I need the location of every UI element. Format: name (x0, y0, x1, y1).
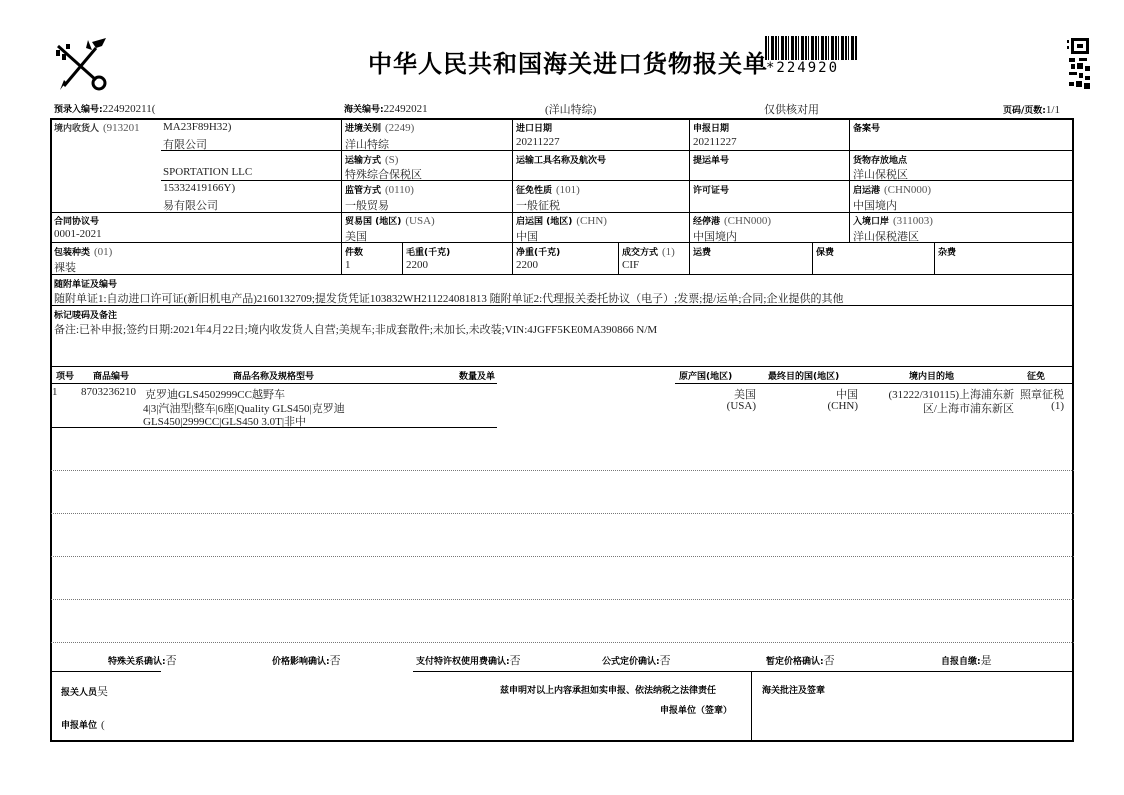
confirm-label: 支付特许权使用费确认: (416, 657, 510, 667)
confirm-label: 价格影响确认: (272, 657, 330, 667)
attachments-value: 随附单证1:自动进口许可证(新旧机电产品)2160132709;提发货凭证103… (54, 290, 843, 306)
confirm-value: 是 (981, 655, 992, 667)
supervision-code: (0110) (385, 184, 414, 196)
goods-header-final-dest: 最终目的国(地区) (768, 369, 839, 382)
confirm-self-declare: 自报自缴:是 (941, 652, 992, 668)
customs-emblem-icon (52, 36, 112, 94)
transport-mode-label: 运输方式 (345, 156, 381, 166)
deal-mode-field: 成交方式(1) (622, 245, 675, 258)
net-weight-label: 净重(千克) (516, 245, 560, 258)
consignee-code-tail: MA23F89H32) (163, 121, 231, 133)
customs-office-note: (洋山特综) (545, 101, 596, 117)
bill-no-label: 提运单号 (693, 153, 729, 166)
deal-mode-value: CIF (622, 259, 639, 271)
consignee-name: 有限公司 (163, 136, 207, 152)
transport-mode-code: (S) (385, 154, 398, 166)
transit-port-value: 中国境内 (693, 228, 737, 244)
confirm-value: 否 (166, 655, 177, 667)
page-indicator: 页码/页数:1/1 (1003, 103, 1060, 116)
entry-place-value: 洋山保税港区 (853, 228, 919, 244)
supervision-field: 监管方式(0110) (345, 183, 414, 196)
departure-port-value: 中国境内 (853, 197, 897, 213)
transit-port-label: 经停港 (693, 217, 720, 227)
declare-date-value: 20211227 (693, 136, 737, 148)
trade-country-field: 贸易国 (地区)(USA) (345, 214, 435, 227)
import-date-value: 20211227 (516, 136, 560, 148)
barcode (765, 36, 857, 60)
freight-label: 运费 (693, 245, 711, 258)
consumer-name: 易有限公司 (163, 197, 218, 213)
remarks-label: 标记唛码及备注 (54, 308, 117, 321)
levy-nature-value: 一般征税 (516, 197, 560, 213)
levy-nature-label: 征免性质 (516, 186, 552, 196)
qr-code-icon (1067, 38, 1091, 90)
departure-port-code: (CHN000) (884, 184, 931, 196)
goods-header-origin: 原产国(地区) (679, 369, 732, 382)
goods-origin-code: (USA) (720, 400, 756, 412)
confirm-price-impact: 价格影响确认:否 (272, 652, 341, 668)
levy-nature-field: 征免性质(101) (516, 183, 580, 196)
pieces-value: 1 (345, 259, 351, 271)
goods-header-hs-code: 商品编号 (93, 369, 129, 382)
goods-header-name-spec: 商品名称及规格型号 (233, 369, 314, 382)
goods-final-dest-code: (CHN) (820, 400, 858, 412)
origin-country-value: 中国 (516, 228, 538, 244)
goods-header-qty-unit: 数量及单 (459, 369, 495, 382)
net-weight-value: 2200 (516, 259, 538, 271)
consumer-code: 15332419166Y) (163, 182, 235, 194)
verify-note: 仅供核对用 (764, 101, 819, 117)
storage-label: 货物存放地点 (853, 153, 907, 166)
document-title: 中华人民共和国海关进口货物报关单 (368, 44, 768, 79)
entry-port-label: 进境关别 (345, 124, 381, 134)
customs-number-label: 海关编号: (344, 105, 384, 115)
origin-country-label: 启运国 (地区) (516, 217, 572, 227)
consignee-label: 境内收货人(913201 (54, 121, 140, 134)
entry-port-code: (2249) (385, 122, 414, 134)
storage-value: 洋山保税区 (853, 166, 908, 182)
declaration-statement: 兹申明对以上内容承担如实申报、依法纳税之法律责任 (500, 683, 716, 696)
remarks-value: 备注:已补申报;签约日期:2021年4月22日;境内收发货人自营;美规车;非成套… (54, 321, 657, 337)
supervision-value: 一般贸易 (345, 197, 389, 213)
pieces-label: 件数 (345, 245, 363, 258)
departure-port-label: 启运港 (853, 186, 880, 196)
insurance-label: 保费 (816, 245, 834, 258)
pre-entry-value: 224920211( (103, 103, 156, 115)
goods-item-no: 1 (52, 386, 58, 398)
goods-hs-code: 8703236210 (81, 386, 136, 398)
confirm-value: 否 (330, 655, 341, 667)
goods-levy-code: (1) (1016, 400, 1064, 412)
record-no-label: 备案号 (853, 121, 880, 134)
declare-unit-label: 申报单位 (61, 721, 97, 731)
goods-header-item-no: 项号 (56, 369, 74, 382)
origin-country-field: 启运国 (地区)(CHN) (516, 214, 607, 227)
consignor-name: SPORTATION LLC (163, 166, 252, 178)
attachments-label: 随附单证及编号 (54, 277, 117, 290)
goods-header-domestic-dest: 境内目的地 (909, 369, 954, 382)
declare-unit-value: ( (101, 719, 105, 731)
page-label: 页码/页数: (1003, 106, 1046, 116)
declarant-label: 报关人员 (61, 688, 97, 698)
confirm-provisional-price: 暂定价格确认:否 (766, 652, 835, 668)
origin-country-code: (CHN) (576, 215, 607, 227)
confirm-formula-pricing: 公式定价确认:否 (602, 652, 671, 668)
confirm-royalty: 支付特许权使用费确认:否 (416, 652, 521, 668)
transport-mode-field: 运输方式(S) (345, 153, 398, 166)
package-type-value: 裸装 (54, 259, 76, 275)
goods-header-levy: 征免 (1027, 369, 1045, 382)
entry-port-value: 洋山特综 (345, 136, 389, 152)
confirm-value: 否 (510, 655, 521, 667)
barcode-number: *224920 (766, 60, 839, 76)
entry-place-label: 入境口岸 (853, 217, 889, 227)
confirm-special-relation: 特殊关系确认:否 (108, 652, 177, 668)
deal-mode-code: (1) (662, 246, 675, 258)
trade-country-label: 贸易国 (地区) (345, 217, 401, 227)
consignee-label-text: 境内收货人 (54, 124, 99, 134)
confirm-label: 自报自缴: (941, 657, 981, 667)
confirm-label: 暂定价格确认: (766, 657, 824, 667)
declarant-field: 报关人员吴 (61, 683, 108, 699)
gross-weight-value: 2200 (406, 259, 428, 271)
customs-number: 海关编号:22492021 (344, 102, 428, 115)
contract-no-label: 合同协议号 (54, 214, 99, 227)
pre-entry-number: 预录入编号:224920211( (54, 102, 155, 115)
license-no-label: 许可证号 (693, 183, 729, 196)
package-type-code: (01) (94, 246, 112, 258)
package-type-field: 包装种类(01) (54, 245, 112, 258)
goods-domestic-dest-line2: 区/上海市浦东新区 (870, 400, 1014, 416)
customs-approval: 海关批注及签章 (762, 683, 825, 696)
trade-country-value: 美国 (345, 228, 367, 244)
entry-port-field: 进境关别(2249) (345, 121, 414, 134)
goods-spec-line2: GLS450|2999CC|GLS450 3.0T|非中 (143, 413, 306, 429)
gross-weight-label: 毛重(千克) (406, 245, 450, 258)
pre-entry-label: 预录入编号: (54, 105, 103, 115)
levy-nature-code: (101) (556, 184, 580, 196)
entry-place-field: 入境口岸(311003) (853, 214, 933, 227)
declare-unit-field: 申报单位( (61, 718, 105, 731)
trade-country-code: (USA) (405, 215, 434, 227)
customs-number-value: 22492021 (384, 103, 428, 115)
import-date-label: 进口日期 (516, 121, 552, 134)
confirm-value: 否 (824, 655, 835, 667)
departure-port-field: 启运港(CHN000) (853, 183, 931, 196)
confirm-label: 公式定价确认: (602, 657, 660, 667)
contract-no-value: 0001-2021 (54, 228, 102, 240)
transit-port-code: (CHN000) (724, 215, 771, 227)
deal-mode-label: 成交方式 (622, 248, 658, 258)
transport-mode-value: 特殊综合保税区 (345, 166, 422, 182)
confirm-value: 否 (660, 655, 671, 667)
supervision-label: 监管方式 (345, 186, 381, 196)
page-value: 1/1 (1046, 104, 1060, 116)
misc-label: 杂费 (938, 245, 956, 258)
declare-unit-seal: 申报单位（签章） (660, 703, 732, 716)
entry-place-code: (311003) (893, 215, 933, 227)
transit-port-field: 经停港(CHN000) (693, 214, 771, 227)
declarant-value: 吴 (97, 686, 108, 698)
package-type-label: 包装种类 (54, 248, 90, 258)
confirm-label: 特殊关系确认: (108, 657, 166, 667)
declare-date-label: 申报日期 (693, 121, 729, 134)
vessel-label: 运输工具名称及航次号 (516, 153, 606, 166)
consignee-code: (913201 (103, 122, 140, 134)
